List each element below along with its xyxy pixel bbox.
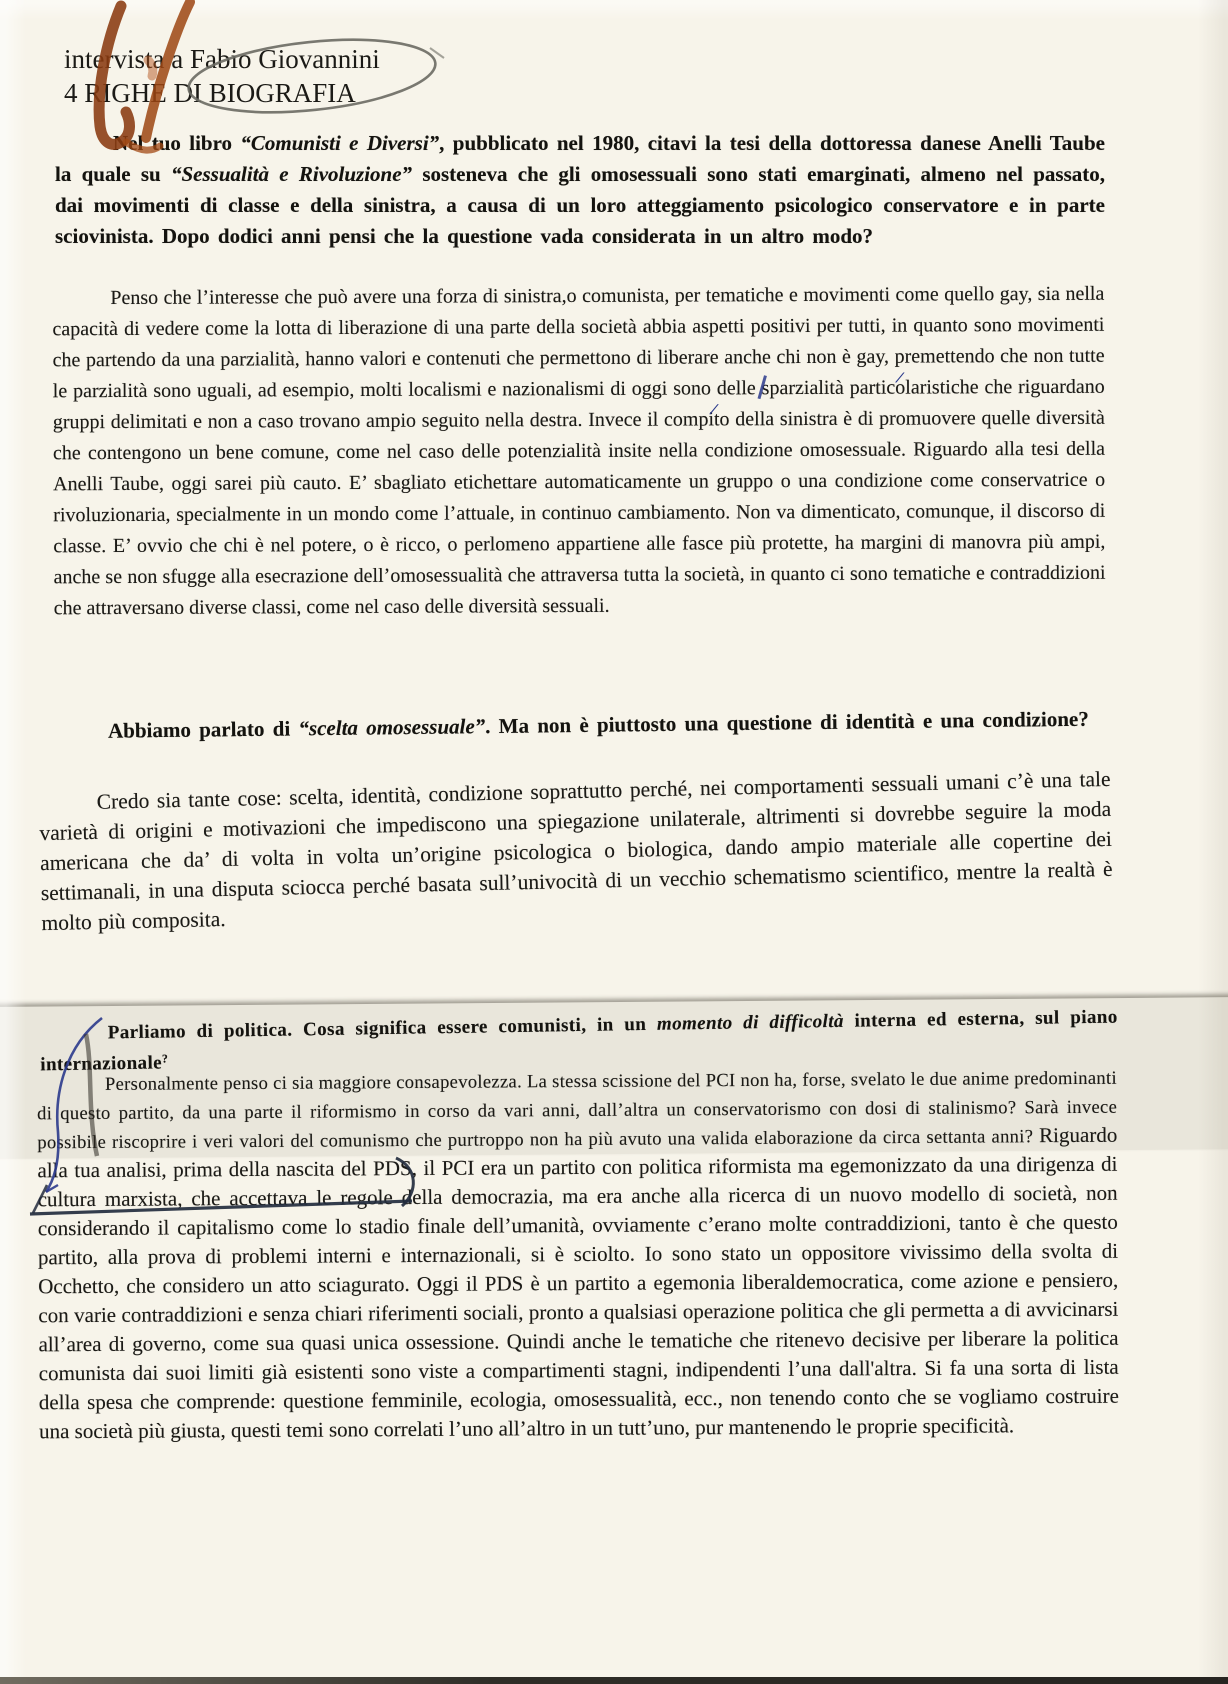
text-segment: “Comunisti e Diversi”	[240, 131, 439, 155]
text-segment: particolaristiche	[850, 376, 979, 399]
paragraph-answer-2: Credo sia tante cose: scelta, identità, …	[38, 764, 1113, 938]
text-segment: Abbiamo parlato di	[108, 716, 299, 742]
scanned-interview-page: intervista a Fabio Giovannini 4 RIGHE DI…	[0, 0, 1228, 1684]
text-segment: s	[762, 377, 770, 399]
text-segment: . Ma non è piuttosto una questione di id…	[485, 707, 1089, 738]
text-segment: ?	[162, 1052, 169, 1065]
text-segment: Personalmente penso ci sia maggiore cons…	[37, 1068, 1117, 1154]
text-segment: “scelta omosessuale”	[298, 714, 485, 740]
header-line-interviewee: intervista a Fabio Giovannini	[64, 42, 764, 76]
paragraph-answer-3: Personalmente penso ci sia maggiore cons…	[37, 1063, 1119, 1447]
text-segment: Riguardo alla tua analisi, prima della n…	[37, 1123, 1119, 1444]
text-segment: parzialità	[769, 377, 849, 399]
text-segment: “Sessualità e Rivoluzione”	[171, 162, 412, 186]
text-segment: Parliamo di politica. Cosa significa ess…	[108, 1014, 657, 1044]
text-segment: Nel tuo libro	[113, 131, 240, 155]
paragraph-answer-1: Penso che l’interesse che può avere una …	[52, 279, 1105, 625]
text-segment: della sinistra è di promuovere quelle di…	[53, 407, 1106, 620]
paragraph-question-1: Nel tuo libro “Comunisti e Diversi”, pub…	[55, 128, 1105, 252]
scan-bottom-edge	[0, 1677, 1228, 1684]
text-segment: compito	[664, 408, 730, 430]
paragraph-question-2: Abbiamo parlato di “scelta omosessuale”.…	[50, 704, 1104, 748]
header-line-biography: 4 RIGHE DI BIOGRAFIA	[64, 76, 764, 110]
page-header: intervista a Fabio Giovannini 4 RIGHE DI…	[64, 42, 764, 110]
text-segment: Credo sia tante cose: scelta, identità, …	[39, 767, 1113, 935]
text-segment: momento di difficoltà	[657, 1011, 844, 1035]
